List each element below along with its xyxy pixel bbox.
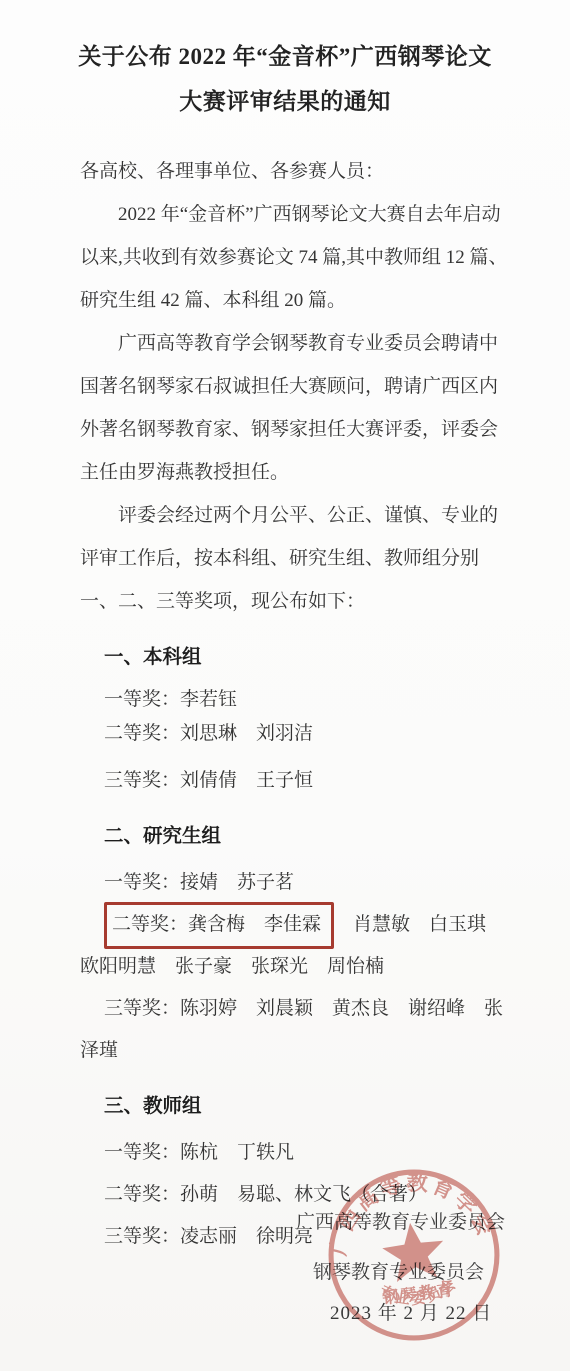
- signature-org-line1: 广西高等教育专业委员会: [296, 1207, 505, 1234]
- teacher-first-prize: 一等奖：陈杭 丁轶凡: [80, 1132, 516, 1174]
- paragraph-intro: 2022 年“金音杯”广西钢琴论文大赛自去年启动以来,共收到有效参赛论文 74 …: [80, 193, 516, 322]
- red-highlight-box: 二等奖：龚含梅 李佳霖: [104, 902, 334, 949]
- title-line-2: 大赛评审结果的通知: [0, 79, 570, 124]
- paragraph-announce: 评委会经过两个月公平、公正、谨慎、专业的评审工作后，按本科组、研究生组、教师组分…: [80, 494, 516, 623]
- section-heading-graduate: 二、研究生组: [80, 816, 516, 858]
- salutation: 各高校、各理事单位、各参赛人员：: [80, 150, 516, 193]
- graduate-first-prize: 一等奖：接婧 苏子茗: [80, 862, 516, 904]
- section-heading-undergrad: 一、本科组: [80, 637, 516, 679]
- graduate-third-prize: 三等奖：陈羽婷 刘晨颖 黄杰良 谢绍峰 张泽瑾: [80, 988, 516, 1072]
- undergrad-second-prize: 二等奖：刘思琳 刘羽洁: [80, 717, 516, 751]
- paragraph-jury: 广西高等教育学会钢琴教育专业委员会聘请中国著名钢琴家石叔诚担任大赛顾问，聘请广西…: [80, 322, 516, 494]
- undergrad-third-prize: 三等奖：刘倩倩 王子恒: [80, 760, 516, 802]
- document-title: 关于公布 2022 年“金音杯”广西钢琴论文 大赛评审结果的通知: [0, 34, 570, 124]
- signature-org-line2: 钢琴教育专业委员会: [313, 1257, 484, 1284]
- signature-date: 2023 年 2 月 22 日: [330, 1298, 492, 1325]
- section-heading-teacher: 三、教师组: [80, 1086, 516, 1128]
- title-line-1: 关于公布 2022 年“金音杯”广西钢琴论文: [0, 34, 570, 79]
- notice-document: 关于公布 2022 年“金音杯”广西钢琴论文 大赛评审结果的通知 各高校、各理事…: [0, 0, 570, 1371]
- graduate-second-prize: 二等奖：龚含梅 李佳霖 肖慧敏 白玉琪 欧阳明慧 张子豪 张琛光 周怡楠: [80, 904, 516, 988]
- undergrad-first-prize: 一等奖：李若钰: [80, 683, 516, 717]
